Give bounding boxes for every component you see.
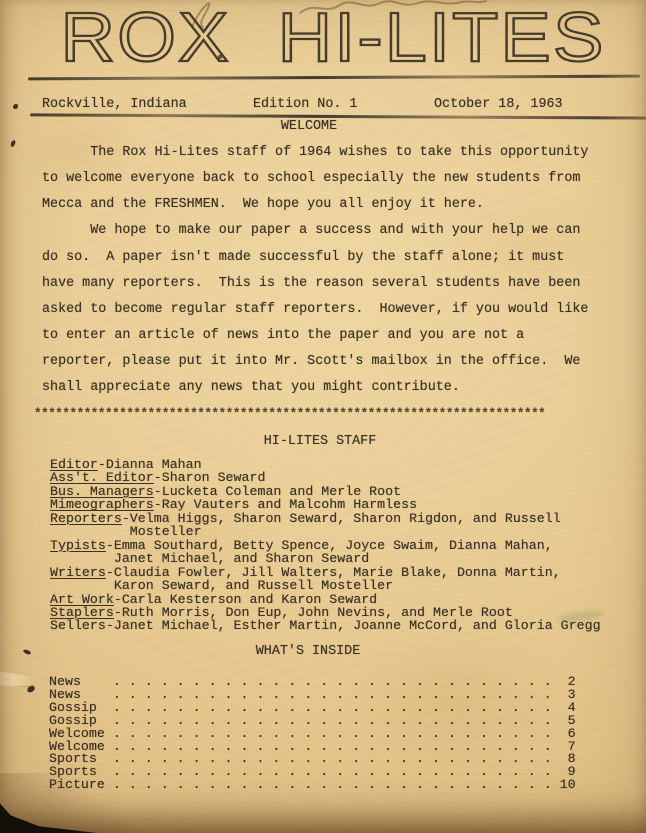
staff-entry: Art Work-Carla Kesterson and Karon Sewar… [50,593,601,606]
staff-entry: Writers-Claudia Fowler, Jill Walters, Ma… [50,566,601,579]
staff-role: Sellers [50,618,106,633]
staff-heading: HI-LITES STAFF [0,434,646,449]
welcome-line: The Rox Hi-Lites staff of 1964 wishes to… [42,140,588,166]
welcome-line: to welcome everyone back to school espec… [42,166,588,192]
staff-entry: Staplers-Ruth Morris, Don Eup, John Nevi… [50,606,601,619]
welcome-line: Mecca and the FRESHMEN. We hope you all … [42,192,588,218]
staff-entry: Janet Michael, and Sharon Seward [50,552,601,565]
masthead-edition: Edition No. 1 [253,97,357,112]
masthead-location: Rockville, Indiana [42,97,187,112]
masthead-row: Rockville, Indiana Edition No. 1 October… [0,97,646,113]
staff-entry: Bus. Managers-Lucketa Coleman and Merle … [50,485,601,498]
ink-speck [10,140,16,148]
torn-corner [0,791,108,833]
staff-entry: Reporters-Velma Higgs, Sharon Seward, Sh… [50,512,601,525]
asterisk-divider: ****************************************… [34,407,545,421]
newsletter-page: ROX HI-LITES Rockville, Indiana Edition … [0,0,646,833]
welcome-line: We hope to make our paper a success and … [42,218,588,244]
staff-list: Editor-Dianna MahanAss't. Editor-Sharon … [50,458,601,633]
staff-entry: Ass't. Editor-Sharon Seward [50,471,601,484]
welcome-line: to enter an article of news into the pap… [42,323,588,349]
staff-entry: Typists-Emma Southard, Betty Spence, Joy… [50,539,601,552]
staff-entry: Mosteller [50,525,601,538]
welcome-line: shall appreciate any news that you might… [42,375,588,401]
paper-tear [0,669,44,687]
staff-entry: Mimeographers-Ray Vauters and Malcohm Ha… [50,498,601,511]
staff-entry: Sellers-Janet Michael, Esther Martin, Jo… [50,619,601,632]
toc-heading: WHAT'S INSIDE [0,644,646,659]
toc-list: News . . . . . . . . . . . . . . . . . .… [49,676,576,792]
masthead-top-rule [28,75,640,80]
newsletter-title: ROX HI-LITES [61,4,606,70]
welcome-line: reporter, please put it into Mr. Scott's… [42,349,588,375]
newsletter-title-art: ROX HI-LITES [48,4,618,70]
welcome-heading: WELCOME [0,119,646,134]
staff-entry: Karon Seward, and Russell Mosteller [50,579,601,592]
staff-names: -Janet Michael, Esther Martin, Joanne Mc… [106,618,601,633]
welcome-line: asked to become regular staff reporters.… [42,297,588,323]
toc-row: Picture . . . . . . . . . . . . . . . . … [49,779,576,792]
welcome-line: have many reporters. This is the reason … [42,271,588,297]
welcome-body: The Rox Hi-Lites staff of 1964 wishes to… [42,140,588,402]
masthead-date: October 18, 1963 [434,97,563,112]
stray-ink-dot [218,55,222,59]
staff-entry: Editor-Dianna Mahan [50,458,601,471]
welcome-line: do so. A paper isn't made successful by … [42,245,588,271]
